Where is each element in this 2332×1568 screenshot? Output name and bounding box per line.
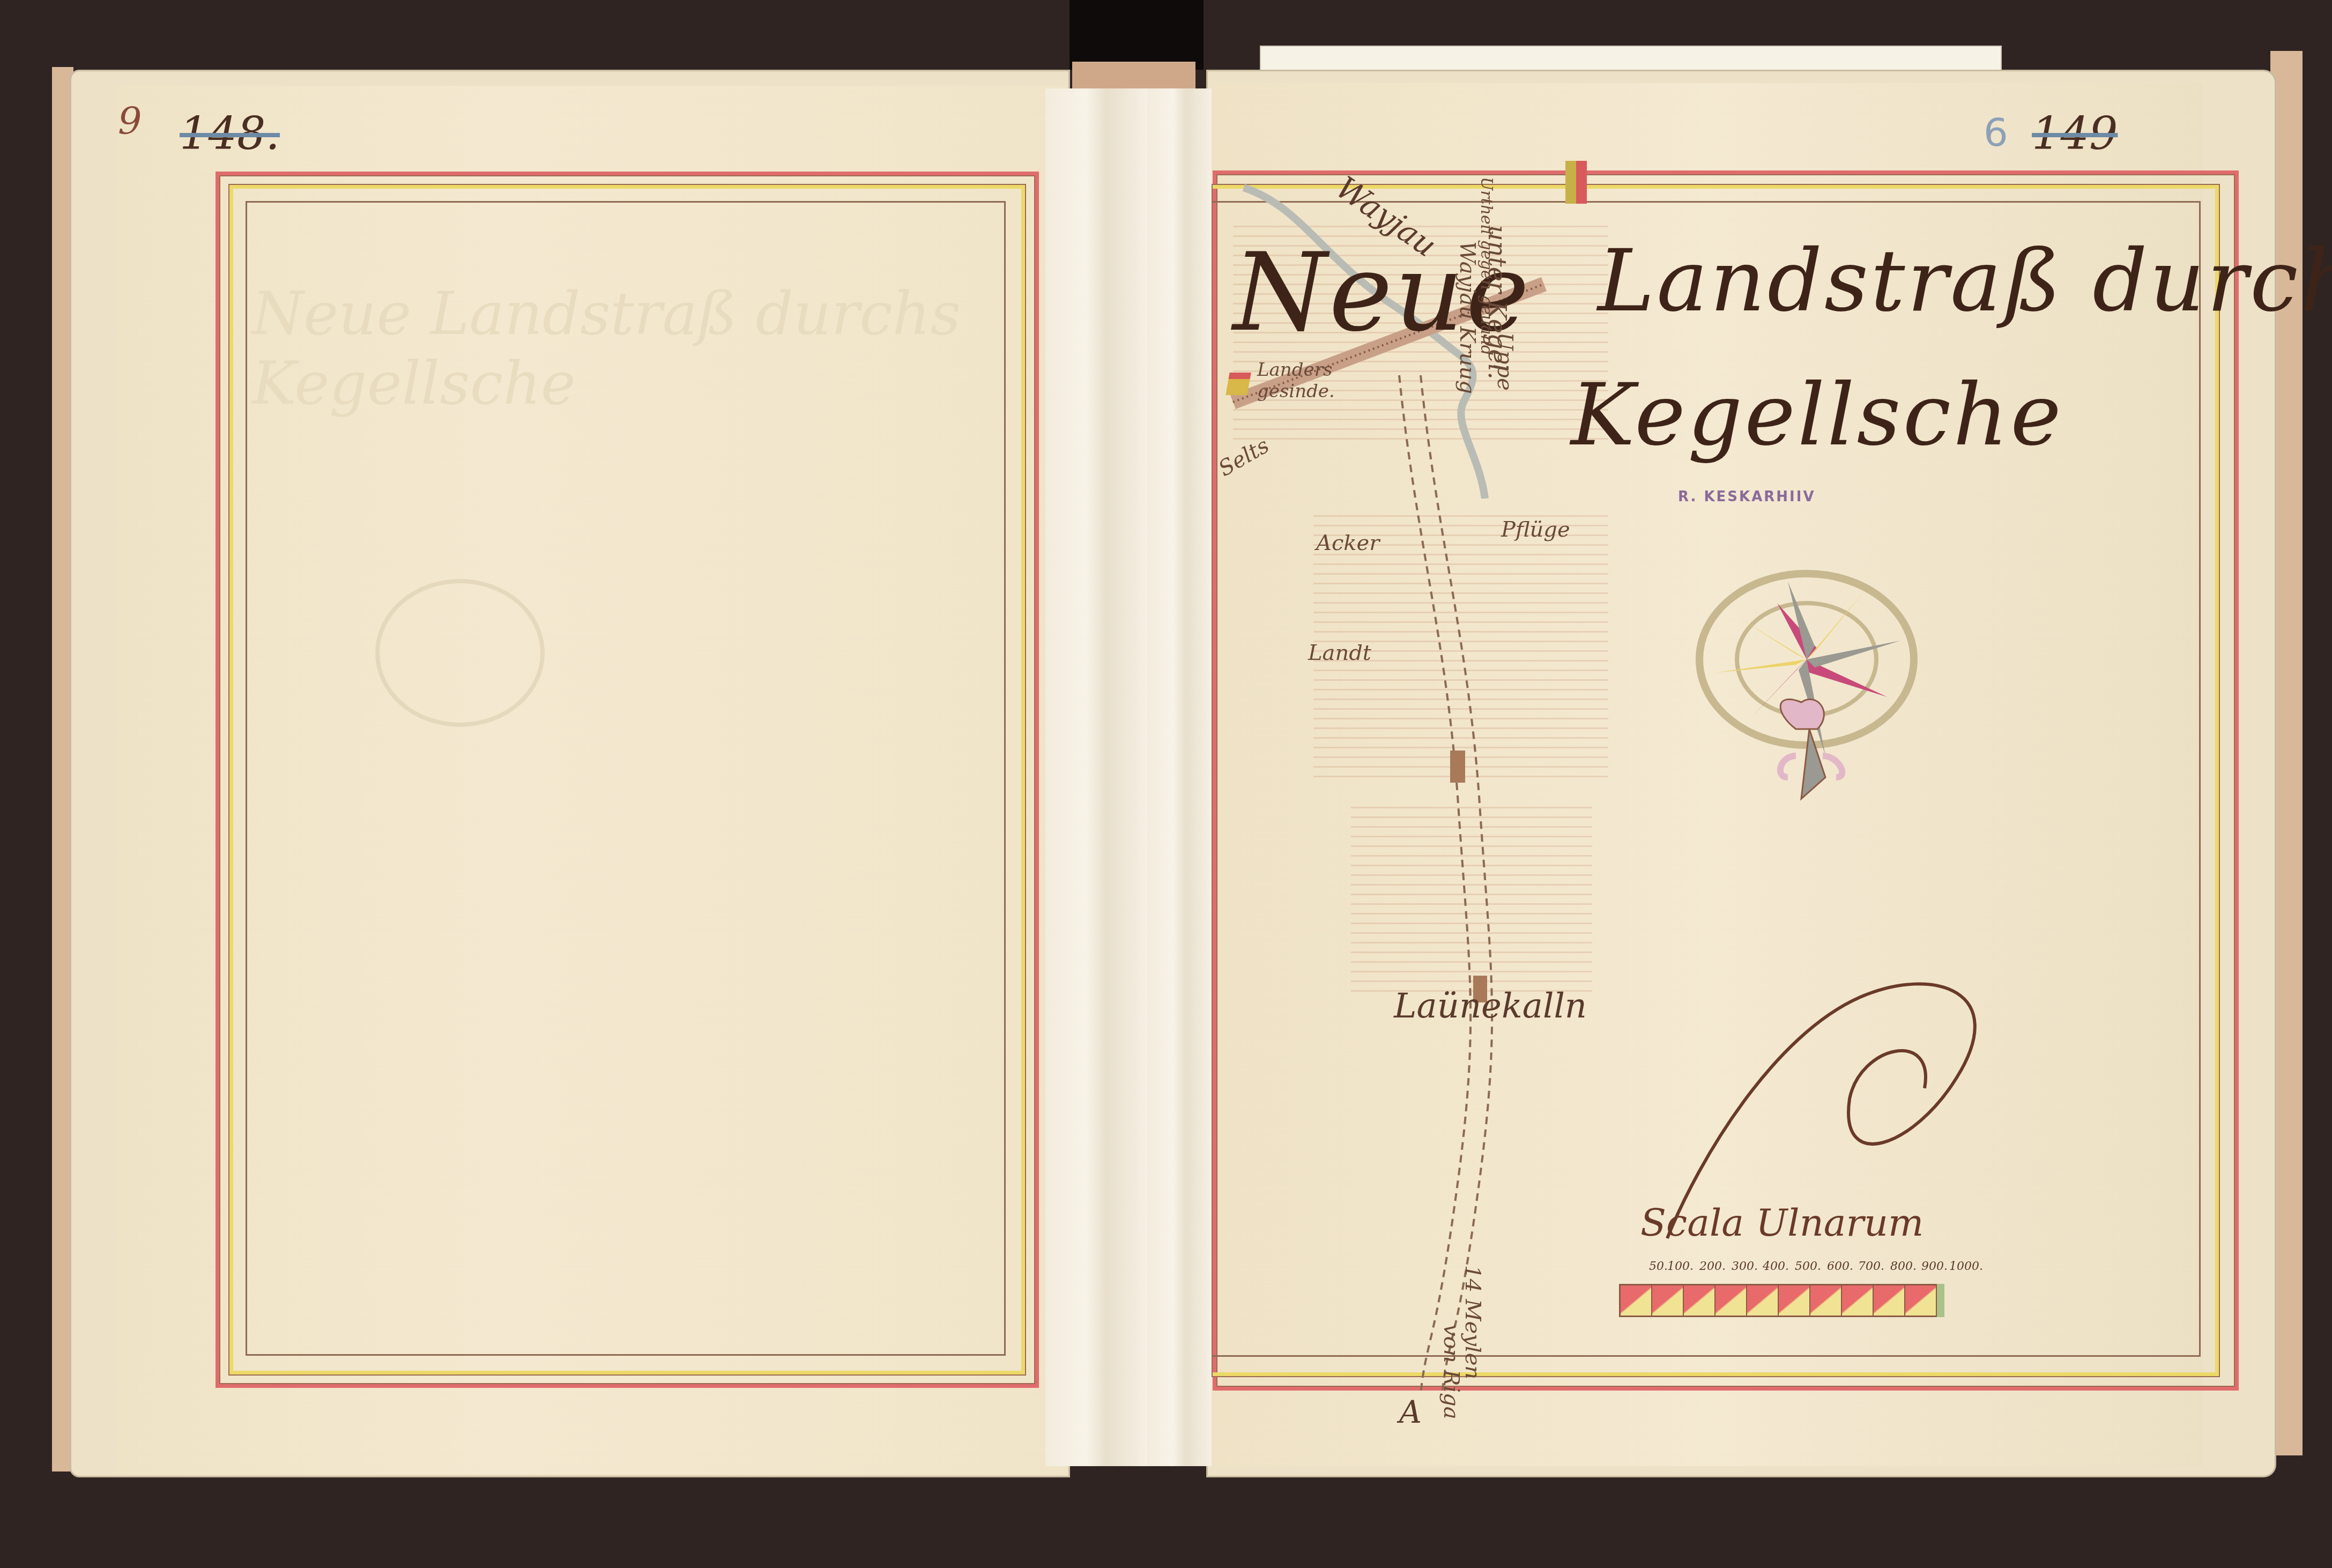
label-vertical-note-3: Urtheil gegen geuand	[1477, 177, 1496, 355]
spine-gap	[1070, 0, 1204, 70]
label-farm: Landers gesinde.	[1257, 359, 1332, 402]
right-folio-number-text: 149	[2032, 107, 2118, 160]
scale-segment	[1874, 1285, 1905, 1316]
scale-tick: 200.	[1699, 1260, 1726, 1273]
archive-stamp: R. KESKARHIIV	[1678, 489, 1816, 505]
scale-tick: 800.	[1890, 1260, 1917, 1273]
scale-title: Scala Ulnarum	[1640, 1201, 1923, 1245]
label-pfluege: Pflüge	[1501, 517, 1570, 542]
scale-tick: 1000.	[1949, 1260, 1983, 1273]
scale-segment	[1842, 1285, 1874, 1316]
left-folio-mark: 9	[118, 99, 142, 143]
gutter-fold-left	[1045, 88, 1147, 1466]
label-von-riga: von Riga	[1439, 1324, 1464, 1420]
scale-tick: 500.	[1795, 1260, 1821, 1273]
scale-segment	[1747, 1285, 1779, 1316]
left-bleedthrough-text: Neue Landstraß durchs Kegellsche	[252, 279, 1002, 418]
farm-house-icon	[1226, 373, 1251, 395]
title-landstrass: Landstraß durchs	[1598, 231, 2332, 331]
scale-tick: 100.	[1667, 1260, 1694, 1273]
label-vertical-note-1: Wayjau Kruug	[1455, 241, 1480, 394]
label-14-meylen: 14 Meylen	[1460, 1265, 1485, 1379]
left-folio-number: 148.	[180, 107, 280, 160]
scale-bar	[1619, 1284, 1937, 1317]
scale-tick: 900.	[1921, 1260, 1948, 1273]
scale-tick: 600.	[1827, 1260, 1853, 1273]
label-point-a: A	[1399, 1394, 1422, 1430]
label-uppe: Uppe	[1492, 332, 1517, 391]
left-bleedthrough-compass	[375, 579, 545, 727]
scale-tick: 300.	[1732, 1260, 1758, 1273]
scale-segment	[1684, 1285, 1715, 1316]
scale-segment	[1715, 1285, 1747, 1316]
left-folio-number-text: 148.	[180, 107, 280, 160]
scale-ticks: 50. 100. 200. 300. 400. 500. 600. 700. 8…	[1646, 1260, 1994, 1276]
scale-tick: 700.	[1858, 1260, 1884, 1273]
label-launekalln: Laünekalln	[1394, 986, 1587, 1026]
headband	[1072, 62, 1195, 88]
scale-segment	[1652, 1285, 1684, 1316]
scale-segment	[1810, 1285, 1842, 1316]
scale-tick: 50.	[1649, 1260, 1668, 1273]
scale-bar-end	[1937, 1284, 1944, 1317]
title-kegellsche: Kegellsche	[1571, 365, 2063, 465]
scale-segment	[1905, 1285, 1936, 1316]
krug-building-icon	[1565, 161, 1587, 204]
label-landt: Landt	[1308, 641, 1371, 665]
scale-segment	[1779, 1285, 1810, 1316]
compass-rose-icon	[1694, 552, 1919, 804]
right-folio-pencil: 6	[1984, 110, 2008, 155]
scale-segment	[1621, 1285, 1652, 1316]
label-acker: Acker	[1316, 531, 1379, 555]
scale-tick: 400.	[1763, 1260, 1789, 1273]
right-folio-number: 149	[2032, 107, 2118, 160]
gutter-fold-right	[1147, 88, 1212, 1466]
